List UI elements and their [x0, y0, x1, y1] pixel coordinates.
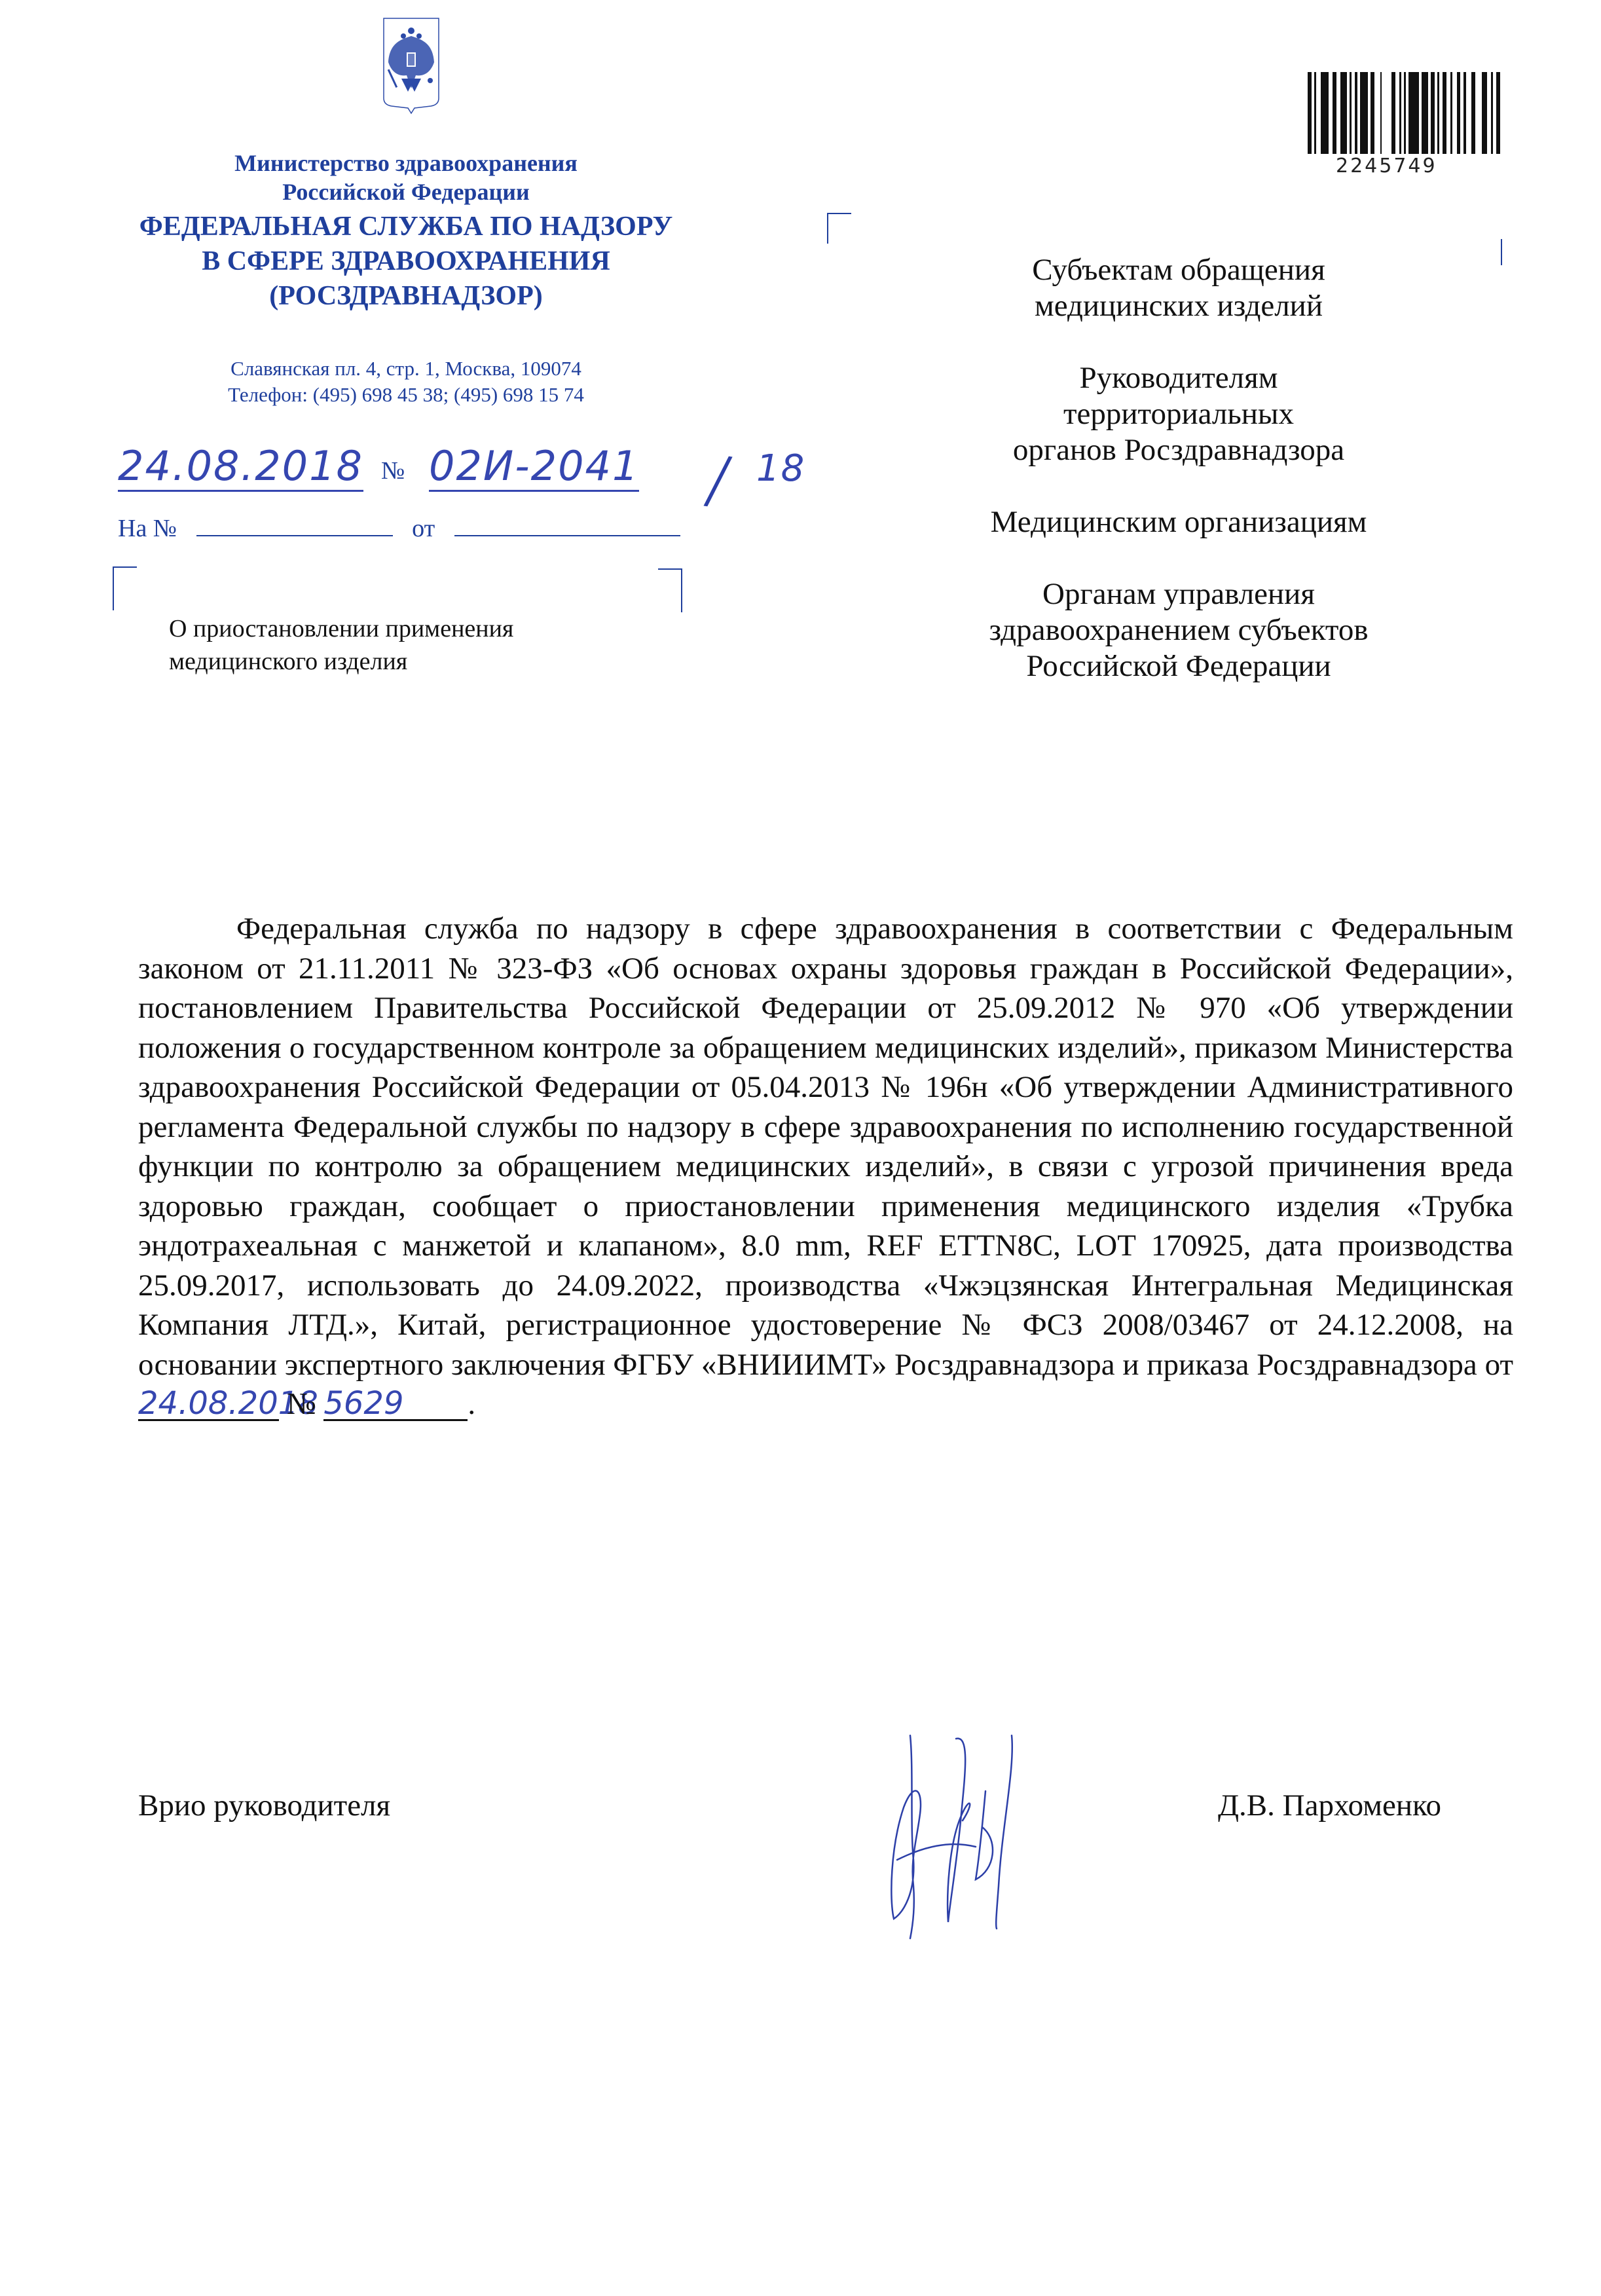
reply-date-label: от: [412, 515, 435, 542]
outgoing-date: 24.08.2018: [118, 442, 363, 492]
addressee-line: органов Росздравнадзора: [871, 432, 1486, 468]
addressee-line: Медицинским организациям: [871, 504, 1486, 540]
outgoing-number-label: №: [381, 456, 405, 485]
service-name-line3: (РОСЗДРАВНАДЗОР): [111, 280, 701, 312]
barcode-icon: [1308, 72, 1504, 154]
order-date: 24.08.2018: [138, 1388, 279, 1421]
subject-line2: медицинского изделия: [169, 645, 513, 678]
addressee-block: Субъектам обращения медицинских изделий …: [871, 252, 1486, 720]
outgoing-slash: /: [701, 434, 735, 527]
reply-number-field: [196, 517, 393, 536]
signatory-name: Д.В. Пархоменко: [1218, 1788, 1441, 1823]
barcode-number: 2245749: [1336, 155, 1437, 177]
addressee-line: Руководителям: [871, 360, 1486, 396]
handwritten-signature-icon: [884, 1729, 1080, 1945]
addressee-bracket-left: [827, 213, 851, 244]
addressee-line: медицинских изделий: [871, 288, 1486, 324]
addressee-line: здравоохранением субъектов: [871, 612, 1486, 648]
subject-line1: О приостановлении применения: [169, 612, 513, 645]
outgoing-number: 02И-2041: [429, 442, 639, 492]
coat-of-arms-icon: [382, 16, 441, 115]
subject-bracket-left: [113, 566, 137, 610]
body-text: Федеральная служба по надзору в сфере зд…: [138, 912, 1513, 1382]
signatory-role: Врио руководителя: [138, 1788, 390, 1823]
outgoing-registration: 24.08.2018 № 02И-2041 / 18: [118, 442, 838, 501]
ministry-name-line2: Российской Федерации: [111, 178, 701, 206]
letter-subject: О приостановлении применения медицинског…: [169, 612, 513, 678]
addressee-group: Органам управления здравоохранением субъ…: [871, 576, 1486, 684]
letterhead-phone: Телефон: (495) 698 45 38; (495) 698 15 7…: [111, 383, 701, 407]
addressee-group: Субъектам обращения медицинских изделий: [871, 252, 1486, 324]
addressee-line: Органам управления: [871, 576, 1486, 612]
reply-reference-row: На № от: [118, 514, 680, 543]
ministry-name-line1: Министерство здравоохранения: [111, 149, 701, 177]
order-number-label: №: [287, 1387, 316, 1421]
body-end-punct: .: [468, 1387, 475, 1421]
reply-number-label: На №: [118, 515, 177, 542]
addressee-line: Субъектам обращения: [871, 252, 1486, 288]
addressee-group: Руководителям территориальных органов Ро…: [871, 360, 1486, 468]
order-from-label: от: [1485, 1348, 1513, 1382]
reply-date-field: [454, 517, 680, 536]
addressee-bracket-right: [1500, 239, 1502, 265]
service-name-line1: ФЕДЕРАЛЬНАЯ СЛУЖБА ПО НАДЗОРУ: [111, 211, 701, 242]
service-name-line2: В СФЕРЕ ЗДРАВООХРАНЕНИЯ: [111, 246, 701, 277]
addressee-group: Медицинским организациям: [871, 504, 1486, 540]
letterhead-address: Славянская пл. 4, стр. 1, Москва, 109074: [111, 357, 701, 380]
addressee-line: территориальных: [871, 396, 1486, 432]
addressee-line: Российской Федерации: [871, 648, 1486, 684]
order-number: 5629: [323, 1388, 468, 1421]
subject-bracket-right: [658, 568, 682, 612]
letter-body: Федеральная служба по надзору в сфере зд…: [138, 909, 1513, 1424]
outgoing-year: 18: [756, 447, 805, 490]
